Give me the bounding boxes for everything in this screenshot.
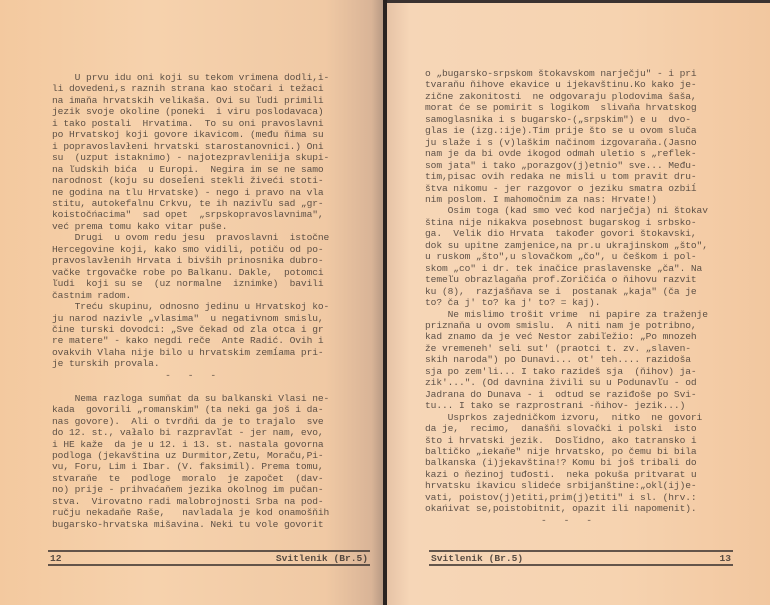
text-line: bugarsko-hrvatska mišavina. Neki tu vole… [52,519,329,530]
text-line: podloga (jekavština uz Durmitor,Zetu, Mo… [52,450,329,461]
text-line: zik'...". (Od davnina živili su u Poduna… [425,377,708,388]
text-line: stvaraňe te podloge moralo je započet (d… [52,473,329,484]
text-line: li dovedeni,s raznih strana kao stočari … [52,83,329,94]
text-line: balkanska (i)jekavština!? Komu bi još tr… [425,457,708,468]
text-line: čine turski dovodci: „Sve čekad od zla o… [52,324,329,335]
text-line: po Hrvatskoj koji govore ikavicom. (među… [52,129,329,140]
section-separator: - - - [52,370,329,381]
text-line: častnim radom. [52,290,329,301]
text-line: stitu, autokefalnu Crkvu, te ih nazivľu … [52,198,329,209]
text-line: zične zakonitosti ne odgovaraju plodovim… [425,91,708,102]
text-line: ku (8), razjašňava se i postanak „kaja" … [425,286,708,297]
text-line: ga. Velik dio Hrvata također govori štok… [425,228,708,239]
text-line: pravoslavłenih Hrvata i bivših prinosnik… [52,255,329,266]
text-line: i popravoslavłeni hrvatski starostanovni… [52,141,329,152]
text-line: skom „co" i dr. tek inačice praslavenske… [425,263,708,274]
text-line: re matere" - kako negdi reče Ante Radić.… [52,335,329,346]
text-line: ština nije nikakva posebnost bugarskog i… [425,217,708,228]
text-line: narodnost (koju su doseĺeni stekli živeć… [52,175,329,186]
text-line: tvaraňu ňihove ekavice u ijekavštinu.Ko … [425,79,708,90]
text-line: baltičko „iekaňe" nije hrvatsko, po čemu… [425,446,708,457]
text-line: do 12. st., vałalo bi razpravľat - jer n… [52,427,329,438]
text-line: nim poslom. I mahomočnim za nas: Hrvate!… [425,194,708,205]
text-line: temeľu obrazlagaňa prof.Zoričića o ňihov… [425,274,708,285]
text-line: že vremeneh' seli sut' (praotci t. zv. „… [425,343,708,354]
text-line: sja po zem'li... I tako razideš sja (ňih… [425,366,708,377]
text-line: kada govorili „romanskim" (ta neki ga jo… [52,404,329,415]
text-line: stva. Virovatno radi malobrojnosti Srba … [52,496,329,507]
text-line: ju narod nazivle „vlasima" u negativnom … [52,313,329,324]
text-line: i HE kaže da je u 12. i 13. st. nastala … [52,439,329,450]
text-line: kazi o ňezinoj tuđosti. neka pokuša prit… [425,469,708,480]
text-line: vu, Foru, Lim i Ibar. (V. faksimil). Pre… [52,461,329,472]
text-line: morat će se pomirit s logikom slivaňa hr… [425,102,708,113]
text-line: štva nikomu - jer razgovor o jeziku smat… [425,183,708,194]
text-line: nam je da bi ovde ikogod odmah uletio s … [425,148,708,159]
right-page-footer: Svitlenik (Br.5) 13 [429,550,733,566]
text-line: vačke trgovačke robe po Balkanu. Dakle, … [52,267,329,278]
text-line: dok su upitne zamjenice,na pr.u ukrajins… [425,240,708,251]
left-page-number: 12 [50,553,62,564]
text-line: ovakvih Vlaha nije bilo u hrvatskim zemĺ… [52,347,329,358]
text-line: Hercegovine koji, kako smo vidili, potič… [52,244,329,255]
text-line: vati, poistov(j)etiti,prim(j)etiti" i sl… [425,492,708,503]
text-line: hrvatsku ikavicu slideće srbijanštine:„o… [425,480,708,491]
text-line: U prvu idu oni koji su tekom vrimena dod… [52,72,329,83]
book-spread: U prvu idu oni koji su tekom vrimena dod… [0,0,770,605]
text-line: jezik svoje okoline (poneki i viru poslo… [52,106,329,117]
text-line: kad znamo da je već Nestor zabiľežio: „P… [425,331,708,342]
text-line: Treću skupinu, odnosno jedinu u Hrvatsko… [52,301,329,312]
text-line: koistočńacima" sad opet „srpskopravoslav… [52,209,329,220]
text-line: na imaňa hrvatskih velikaša. Ovi su ľudi… [52,95,329,106]
text-line: ľudi koji su se (uz normalne iznimke) ba… [52,278,329,289]
left-page: U prvu idu oni koji su tekom vrimena dod… [0,0,383,605]
section-separator: - - - [425,515,708,526]
text-line: i tako postali Hrvatima. To su oni pravo… [52,118,329,129]
text-line: tu... I tako se razprostrani -ňihov- jez… [425,400,708,411]
text-line: no) prije - prihvaćaňem jezika okolnog i… [52,484,329,495]
text-line: Drugi u ovom redu jesu pravoslavni istoč… [52,232,329,243]
right-page-publication: Svitlenik (Br.5) [431,553,523,564]
text-line: je turskih provala. [52,358,329,369]
right-page-body: o „bugarsko-srpskom štokavskom narječju"… [425,68,708,526]
text-line: u ruskom „što",u slovačkom „čo", u češko… [425,251,708,262]
text-line: som jata" i tako „porazgov(j)etnio" sve.… [425,160,708,171]
text-line: su (uzput istaknimo) - najotezpravleniij… [52,152,329,163]
left-page-footer: 12 Svitlenik (Br.5) [48,550,370,566]
text-line: priznaňa u ovom smislu. A niti nam je po… [425,320,708,331]
text-line: skih naroda") po Dunavi... ot' teh.... r… [425,354,708,365]
text-line: da je, recimo, današňi slovački i polski… [425,423,708,434]
text-line: Jadrana do Dunava - i odtud se raziđoše … [425,389,708,400]
left-page-publication: Svitlenik (Br.5) [276,553,368,564]
text-line: što i hrvatski jezik. Dosľidno, ako tatr… [425,435,708,446]
text-line: ne godina na tlu Hrvatske) - nego i prav… [52,187,329,198]
text-line: već prema tomu kako vitar puše. [52,221,329,232]
text-line: tim,pisac ovih redaka ne misli u tom pra… [425,171,708,182]
right-page: o „bugarsko-srpskom štokavskom narječju"… [387,0,770,605]
left-page-body: U prvu idu oni koji su tekom vrimena dod… [52,72,329,530]
text-line: Osim toga (kad smo već kod narječja) ni … [425,205,708,216]
text-line: ju slaže i s (v)laškim načinom izgovaraň… [425,137,708,148]
text-line: nas govore). Ali o tvrdňi da je to traja… [52,416,329,427]
blank-line [52,381,329,392]
text-line: ručju nekadaňe Raše, navladala je kod on… [52,507,329,518]
text-line: na ľudskih bića u Europi. Negira im se n… [52,164,329,175]
text-line: Ne mislimo trošit vrime ni papire za tra… [425,309,708,320]
text-line: to? ča j' to? ka j' to? = kaj). [425,297,708,308]
text-line: glas ie (izg.:ije).Tim prije što se u ov… [425,125,708,136]
text-line: o „bugarsko-srpskom štokavskom narječju"… [425,68,708,79]
right-page-number: 13 [719,553,731,564]
text-line: samoglasnika i s bugarsko-(„srpskim") e … [425,114,708,125]
text-line: Nema razloga sumňat da su balkanski Vlas… [52,393,329,404]
text-line: okańivat se,poistobitnit, opazit ili nap… [425,503,708,514]
text-line: Usprkos zajedničkom izvoru, nitko ne gov… [425,412,708,423]
